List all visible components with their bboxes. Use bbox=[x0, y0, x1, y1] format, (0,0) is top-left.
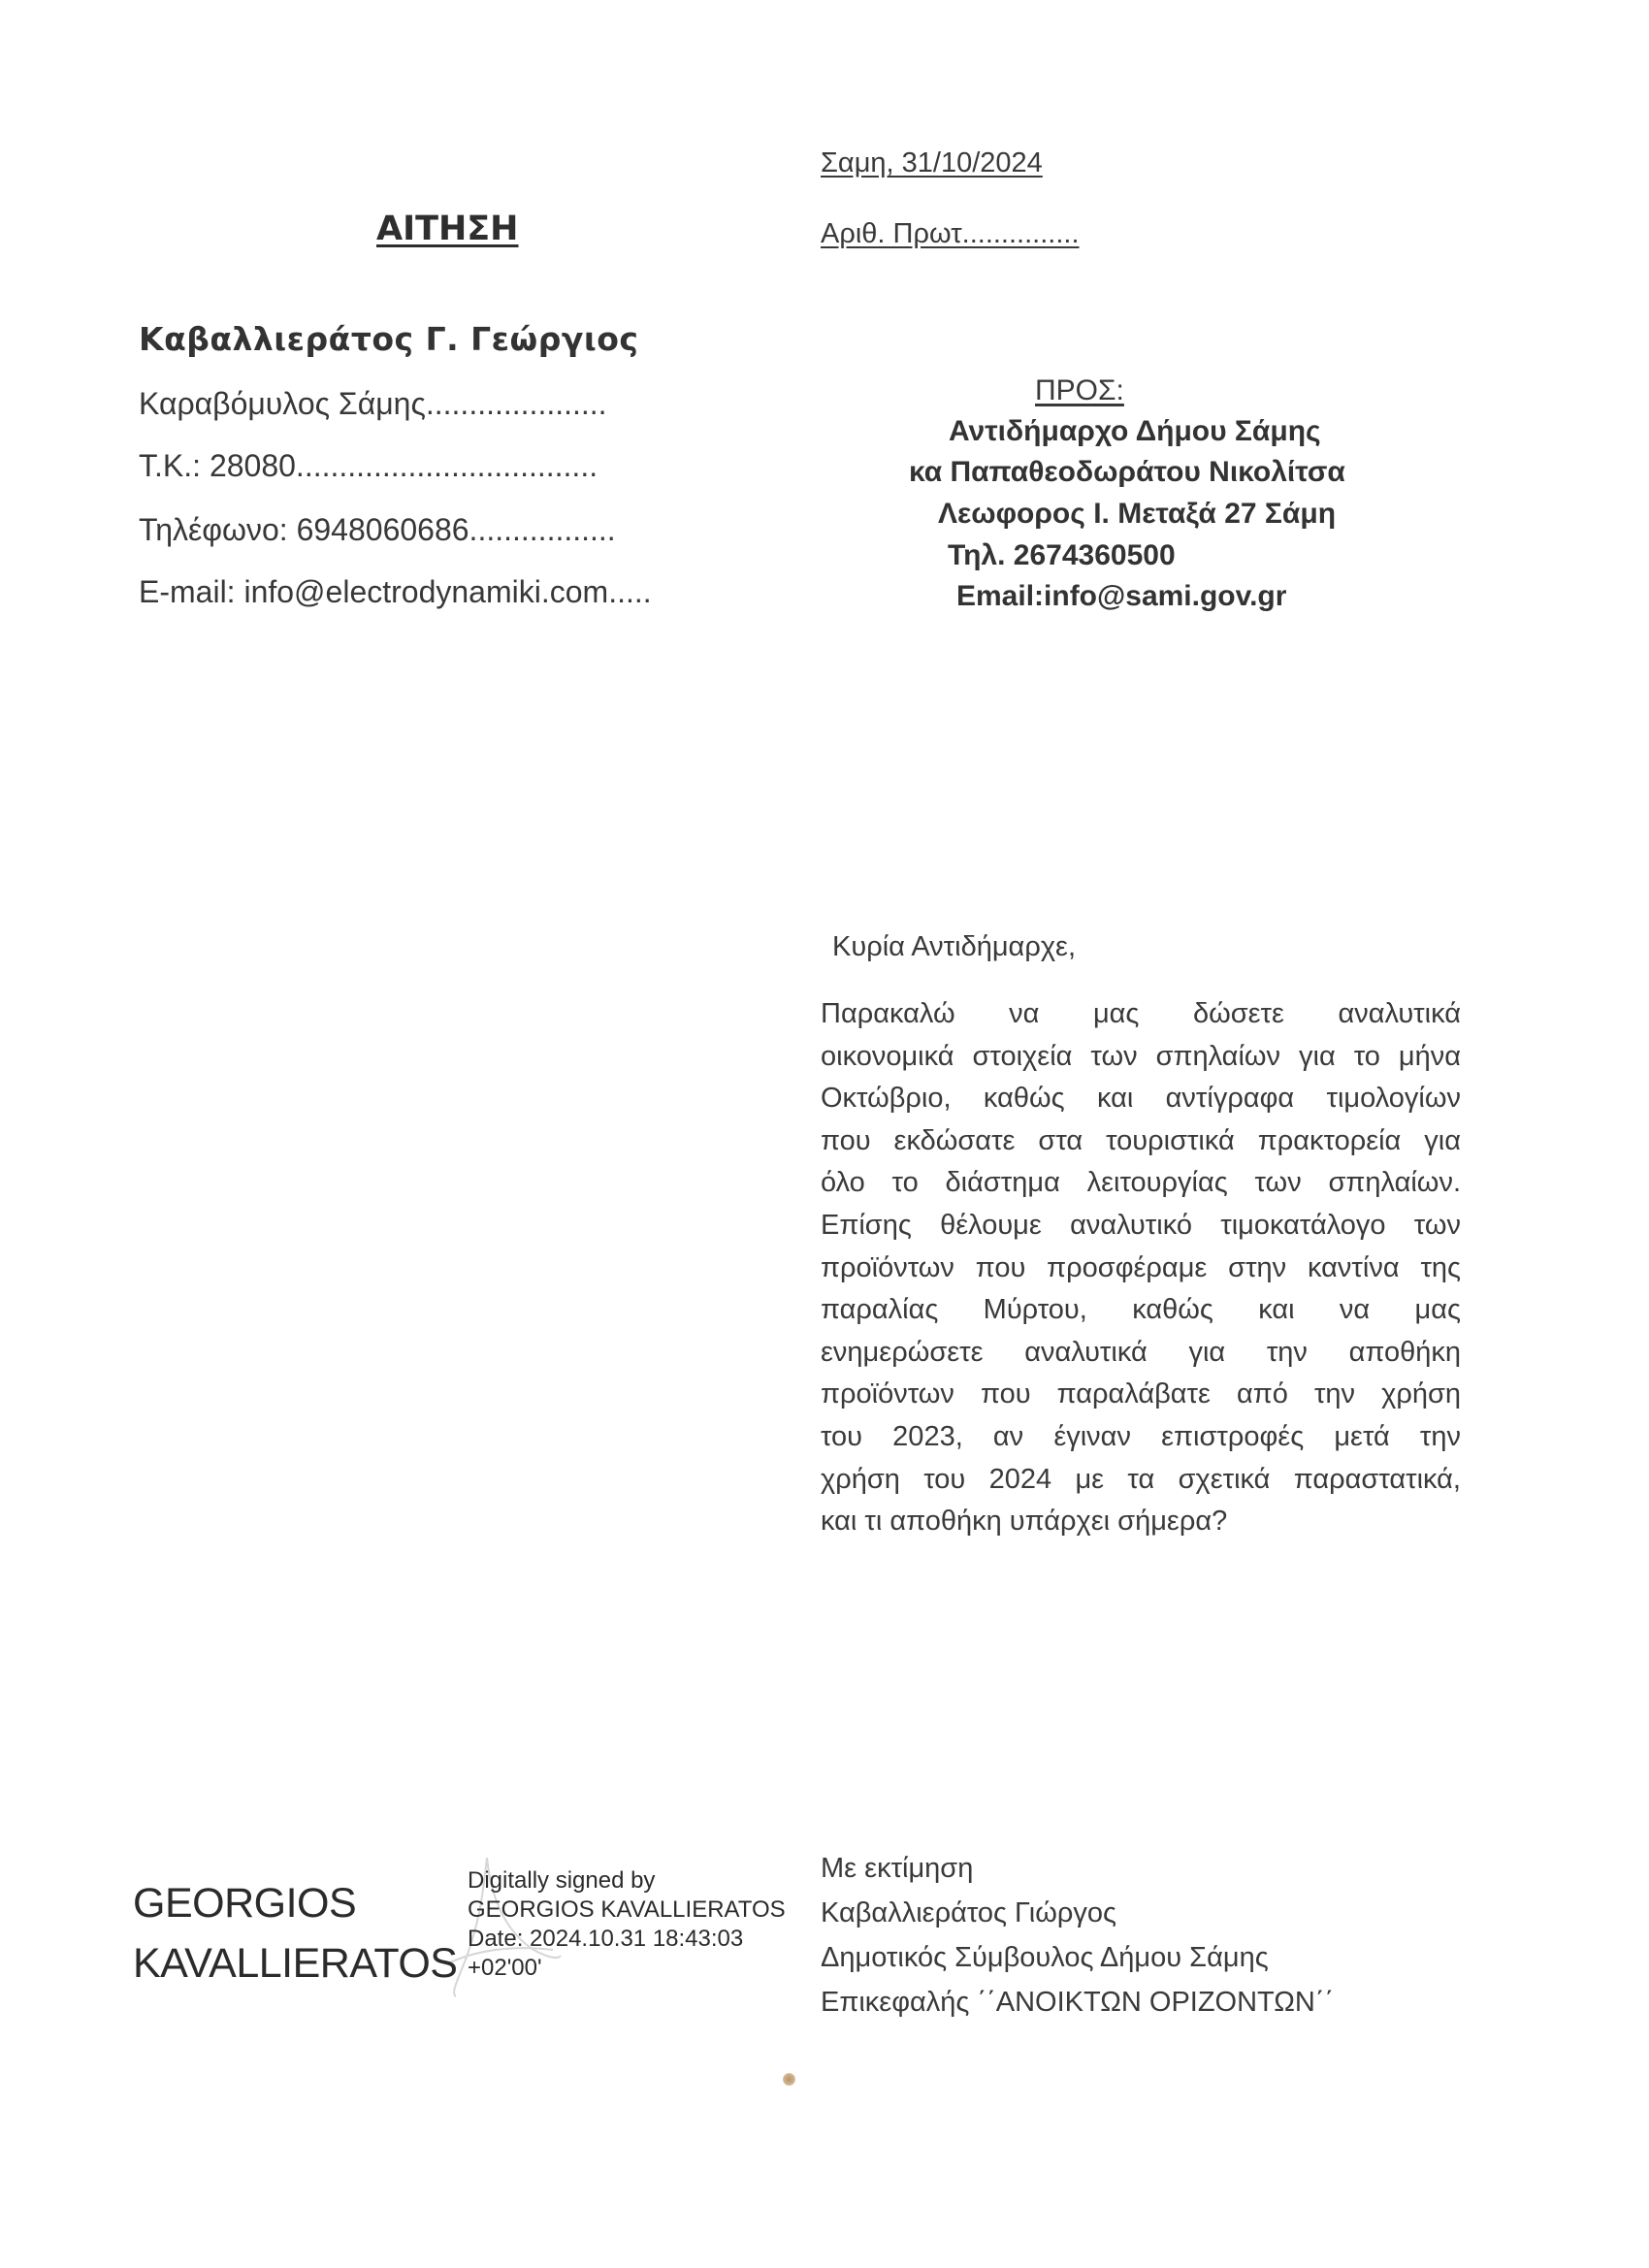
sender-phone: Τηλέφωνο: 6948060686................. bbox=[139, 512, 616, 548]
signer-name-line2: KAVALLIERATOS bbox=[133, 1940, 457, 1988]
sender-name: Καβαλλιεράτος Γ. Γεώργιος bbox=[139, 320, 638, 358]
sender-postal-code: Τ.Κ.: 28080.............................… bbox=[139, 448, 598, 484]
closing-party: Επικεφαλής ΄΄ΑΝΟΙΚΤΩΝ ΟΡΙΖΟΝΤΩΝ΄΄ bbox=[821, 1987, 1334, 2019]
recipient-email: Email:info@sami.gov.gr bbox=[956, 580, 1286, 613]
protocol-number: Αριθ. Πρωτ............... bbox=[821, 218, 1080, 250]
body-line: προϊόντων που παραλάβατε από την χρήση bbox=[821, 1374, 1461, 1416]
document-title: ΑΙΤΗΣΗ bbox=[376, 210, 518, 248]
body-line: προϊόντων που προσφέραμε στην καντίνα τη… bbox=[821, 1247, 1461, 1290]
recipient-title: Αντιδήμαρχο Δήμου Σάμης bbox=[949, 415, 1321, 448]
closing-name: Καβαλλιεράτος Γιώργος bbox=[821, 1897, 1116, 1929]
document-date: Σαμη, 31/10/2024 bbox=[821, 147, 1043, 179]
body-line: Οκτώβριο, καθώς και αντίγραφα τιμολογίων bbox=[821, 1078, 1461, 1120]
signature-date: Date: 2024.10.31 18:43:03 bbox=[468, 1925, 743, 1953]
closing-greeting: Με εκτίμηση bbox=[821, 1853, 973, 1885]
body-line: Επίσης θέλουμε αναλυτικό τιμοκατάλογο τω… bbox=[821, 1205, 1461, 1247]
closing-role: Δημοτικός Σύμβουλος Δήμου Σάμης bbox=[821, 1942, 1269, 1974]
recipient-address: Λεωφορος Ι. Μεταξά 27 Σάμη bbox=[938, 498, 1336, 531]
body-line: ενημερώσετε αναλυτικά για την αποθήκη bbox=[821, 1332, 1461, 1375]
sender-address: Καραβόμυλος Σάμης..................... bbox=[139, 386, 607, 422]
recipient-name: κα Παπαθεοδωράτου Νικολίτσα bbox=[909, 456, 1345, 489]
body-line: που εκδώσατε στα τουριστικά πρακτορεία γ… bbox=[821, 1120, 1461, 1163]
signer-name-line1: GEORGIOS bbox=[133, 1880, 356, 1928]
sender-email: E-mail: info@electrodynamiki.com..... bbox=[139, 574, 652, 610]
scan-speck bbox=[783, 2073, 795, 2086]
body-line: παραλίας Μύρτου, καθώς και να μας bbox=[821, 1289, 1461, 1332]
signature-timezone: +02'00' bbox=[468, 1954, 542, 1982]
signature-detail: GEORGIOS KAVALLIERATOS bbox=[468, 1895, 786, 1924]
salutation: Κυρία Αντιδήμαρχε, bbox=[832, 931, 1076, 963]
recipient-phone: Τηλ. 2674360500 bbox=[948, 539, 1176, 572]
signature-detail: Digitally signed by bbox=[468, 1866, 655, 1895]
body-line: χρήση του 2024 με τα σχετικά παραστατικά… bbox=[821, 1459, 1461, 1502]
letter-body: Παρακαλώ να μας δώσετε αναλυτικά οικονομ… bbox=[821, 993, 1461, 1543]
body-line: Παρακαλώ να μας δώσετε αναλυτικά bbox=[821, 993, 1461, 1036]
body-line: του 2023, αν έγιναν επιστροφές μετά την bbox=[821, 1416, 1461, 1459]
recipient-label: ΠΡΟΣ: bbox=[1035, 374, 1124, 407]
body-line: οικονομικά στοιχεία των σπηλαίων για το … bbox=[821, 1036, 1461, 1079]
body-line: όλο το διάστημα λειτουργίας των σπηλαίων… bbox=[821, 1162, 1461, 1205]
body-line: και τι αποθήκη υπάρχει σήμερα? bbox=[821, 1501, 1461, 1543]
